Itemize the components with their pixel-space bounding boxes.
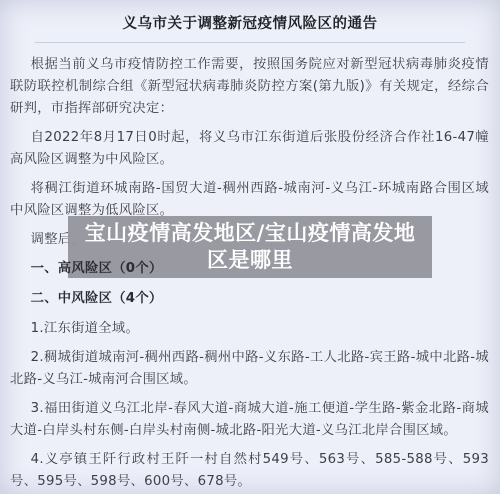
decision-paragraph-1: 自2022年8月17日0时起，将义乌市江东街道后张股份经济合作社16-47幢高风… — [10, 127, 489, 171]
intro-paragraph: 根据当前义乌市疫情防控工作需要，按照国务院应对新型冠状病毒肺炎疫情联防联控机制综… — [10, 54, 489, 120]
section-heading-medium-risk: 二、中风险区（4个） — [10, 288, 489, 310]
caption-line-1: 宝山疫情高发地区/宝山疫情高发地 — [85, 220, 416, 247]
notice-body: 根据当前义乌市疫情防控工作需要，按照国务院应对新型冠状病毒肺炎疫情联防联控机制综… — [0, 43, 500, 493]
medium-risk-item-3: 3.福田街道义乌江北岸-春风大道-商城大道-施工便道-学生路-紫金北路-商城大道… — [10, 398, 489, 442]
medium-risk-item-4: 4.义亭镇王阡行政村王阡一村自然村549号、563号、585-588号、593号… — [10, 449, 489, 493]
notice-title: 义乌市关于调整新冠疫情风险区的通告 — [0, 0, 500, 42]
section-heading-high-risk: 一、高风险区（0个） — [10, 258, 489, 280]
notice-page: 义乌市关于调整新冠疫情风险区的通告 根据当前义乌市疫情防控工作需要，按照国务院应… — [0, 0, 500, 494]
medium-risk-item-1: 1.江东街道全域。 — [10, 318, 489, 340]
medium-risk-item-2: 2.稠城街道城南河-稠州西路-稠州中路-义东路-工人北路-宾王路-城中北路-城北… — [10, 347, 489, 391]
